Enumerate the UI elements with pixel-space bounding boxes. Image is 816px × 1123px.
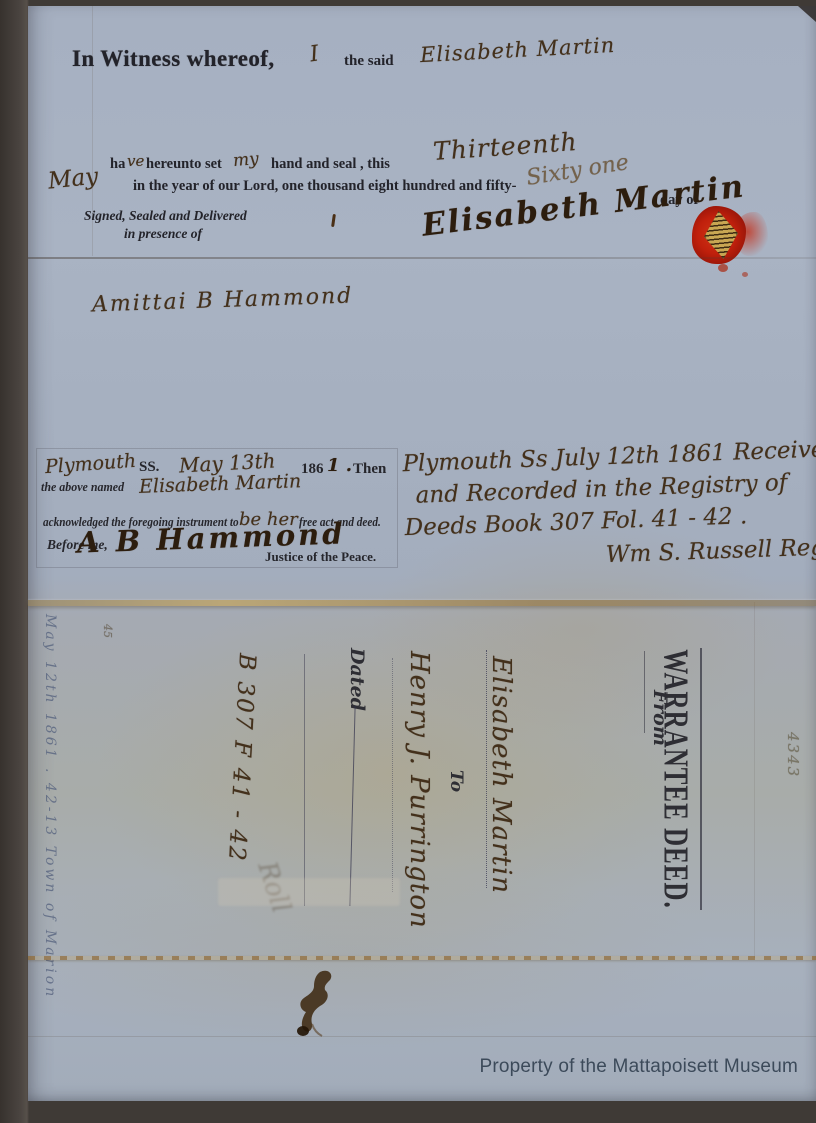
edge-number: 4343 (784, 732, 802, 778)
hw-ve: ve (127, 152, 144, 170)
docket-from-label: From (649, 690, 671, 746)
wax-drip (742, 272, 748, 277)
hw-pronoun: I (308, 42, 320, 68)
ack-county: Plymouth (44, 450, 136, 478)
printed-year-line: in the year of our Lord, one thousand ei… (133, 178, 517, 195)
registry-note: Plymouth Ss July 12th 1861 Received and … (402, 437, 816, 451)
hw-month: May (47, 163, 100, 194)
scanner-background: In Witness whereof, I the said Elisabeth… (0, 0, 816, 1123)
ink-tick (331, 214, 336, 227)
fold-crease-2 (28, 600, 816, 606)
printed-hand-seal: hand and seal , this (271, 156, 390, 173)
printed-ha: ha (110, 156, 125, 173)
book-reference: B 307 F 41 - 42 (223, 653, 260, 864)
witness-mid-printed: the said (344, 53, 394, 70)
docket-rule-top (700, 648, 702, 910)
attestation-line1: Signed, Sealed and Delivered (84, 208, 247, 224)
ink-blot (290, 968, 342, 1040)
museum-watermark: Property of the Mattapoisett Museum (468, 1056, 798, 1078)
scanned-deed-page: In Witness whereof, I the said Elisabeth… (28, 6, 816, 1101)
witness-lead-printed: In Witness whereof, (72, 46, 274, 72)
edge-annotation: May 12th 1861 . 42-13 Town of Marion (42, 614, 58, 999)
grantee-rule (392, 658, 393, 892)
docket-rule-bottom (644, 651, 645, 733)
fold-crease-vertical (754, 602, 755, 958)
docket-title-text: WARRANTEE DEED. (655, 649, 694, 908)
wax-drip (718, 264, 728, 272)
fold-crease-4 (28, 1036, 816, 1037)
ack-then-label: Then (353, 461, 386, 478)
ack-above-named: the above named (41, 479, 124, 495)
ack-year-digit: 1 . (327, 455, 352, 476)
ack-ss-label: SS. (139, 459, 159, 476)
dated-rule (349, 706, 355, 906)
grantor-name-handwritten: Elisabeth Martin (420, 33, 616, 67)
registry-line: Deeds Book 307 Fol. 41 - 42 . (404, 503, 747, 541)
fold-crease-3 (28, 956, 816, 960)
docket-title: WARRANTEE DEED. (648, 648, 694, 910)
hw-my: my (232, 149, 259, 171)
ack-year-printed: 186 (301, 461, 324, 478)
acknowledgment-block: Plymouth SS. May 13th 186 1 . Then the a… (36, 448, 398, 568)
fold-crease-1 (28, 257, 816, 259)
ghost-stamp (218, 878, 400, 906)
printed-hereunto: hereunto set (146, 156, 222, 173)
docket-rule-extra (304, 654, 305, 906)
docket-dated-label: Dated (346, 648, 368, 711)
pencil-mark: 45 (101, 624, 114, 638)
page-corner-shadow (798, 6, 816, 22)
attestation-line2: in presence of (124, 226, 202, 242)
docket-to-label: To (446, 770, 466, 792)
witness-signature: Amittai B Hammond (92, 283, 354, 317)
docket-grantor-name: Elisabeth Martin (486, 656, 516, 894)
ack-name: Elisabeth Martin (139, 470, 302, 498)
docket-grantee-name: Henry J. Purrington (404, 651, 434, 929)
jp-title: Justice of the Peace. (265, 549, 376, 565)
registry-signature: Wm S. Russell Reg (605, 535, 816, 569)
